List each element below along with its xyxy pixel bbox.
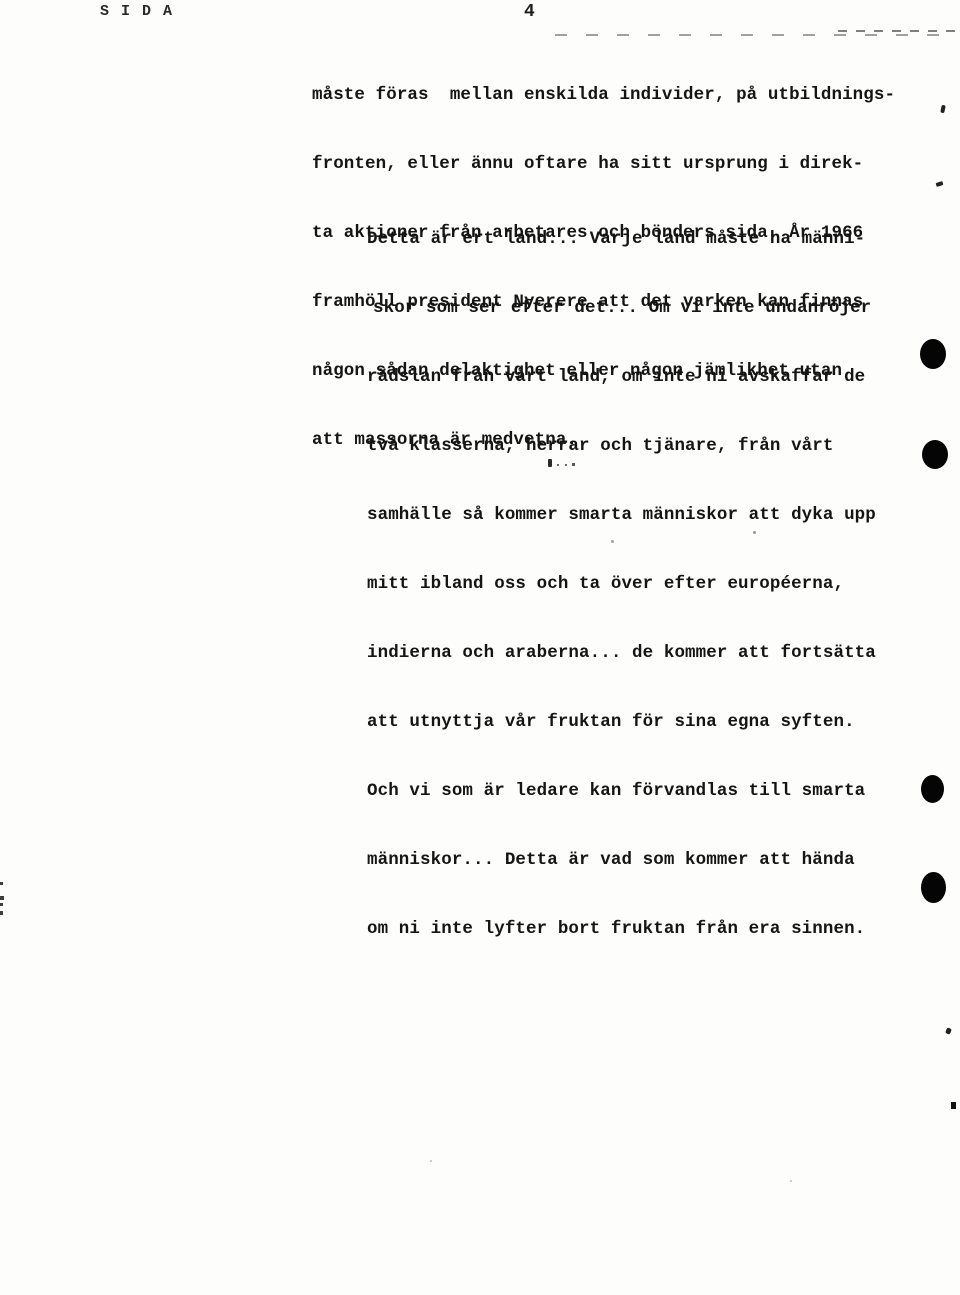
text-line: människor... Detta är vad som kommer att… <box>367 849 876 872</box>
text-line: att utnyttja vår fruktan för sina egna s… <box>367 711 876 734</box>
text-line: Detta är ert land... Varje land måste ha… <box>367 228 876 251</box>
ink-mark <box>940 105 946 114</box>
text-line: mitt ibland oss och ta över efter europé… <box>367 573 876 596</box>
ink-mark <box>936 181 944 187</box>
scan-edge-mark <box>0 896 4 900</box>
scanned-document-page: S I D A 4 måste föras mellan enskilda in… <box>0 0 960 1295</box>
text-line: skor som ser efter det... Om vi inte und… <box>373 297 876 320</box>
paper-speck <box>611 540 614 543</box>
text-line: indierna och araberna... de kommer att f… <box>367 642 876 665</box>
text-line: samhälle så kommer smarta människor att … <box>367 504 876 527</box>
scan-dashed-line-artifact <box>555 34 957 36</box>
text-line: Och vi som är ledare kan förvandlas till… <box>367 780 876 803</box>
text-line: måste föras mellan enskilda individer, p… <box>312 84 895 107</box>
ink-mark <box>557 464 559 466</box>
scan-edge-mark <box>0 903 3 906</box>
ink-mark <box>565 464 567 466</box>
scan-edge-mark <box>0 882 3 885</box>
punch-hole-dot <box>921 872 946 903</box>
ink-mark <box>548 459 552 467</box>
punch-hole-dot <box>921 775 944 803</box>
scan-dashed-line-artifact <box>838 30 956 32</box>
punch-hole-dot <box>920 339 946 369</box>
page-number: 4 <box>524 2 535 22</box>
paper-speck <box>790 1180 792 1182</box>
ink-mark <box>951 1102 956 1109</box>
paper-speck <box>753 531 756 534</box>
scan-edge-mark <box>0 911 3 915</box>
text-line: två klasserna, herrar och tjänare, från … <box>367 435 876 458</box>
text-line: om ni inte lyfter bort fruktan från era … <box>367 918 876 941</box>
header-org-label: S I D A <box>100 3 174 20</box>
punch-hole-dot <box>922 440 948 469</box>
text-line: fronten, eller ännu oftare ha sitt urspr… <box>312 153 895 176</box>
ink-mark <box>572 463 575 466</box>
text-line: rädslan från vårt land, om inte ni avska… <box>367 366 876 389</box>
paper-speck <box>430 1160 432 1162</box>
quote-paragraph: Detta är ert land... Varje land måste ha… <box>367 182 876 987</box>
ink-mark <box>945 1027 952 1034</box>
